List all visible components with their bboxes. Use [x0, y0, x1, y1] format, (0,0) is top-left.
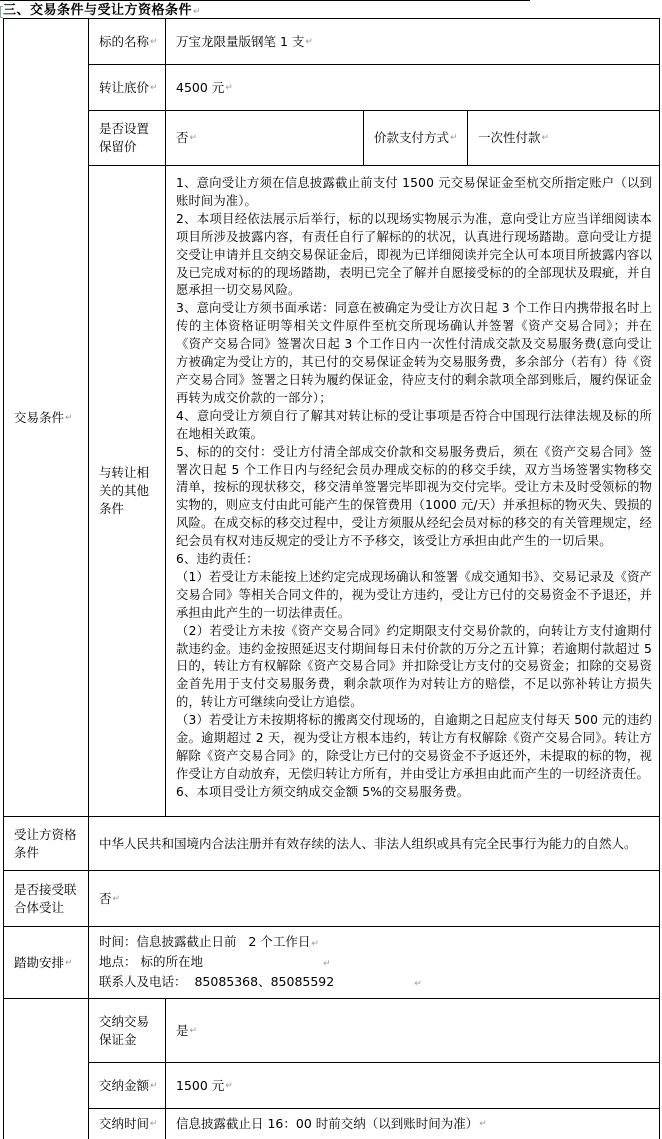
site-visit-details: 时间：信息披露截止日前 2 个工作日↵ 地点： 标的所在地↵ 联系人及电话： 8… [88, 926, 660, 998]
condition-paragraph: 4、意向受让方须自行了解其对转让标的受让事项是否符合中国现行法律法规及标的所在地… [176, 408, 652, 444]
deposit-required-label: 交纳交易保证金 [88, 998, 165, 1062]
consortium-value: 否↵ [88, 870, 660, 926]
paragraph-mark-icon: ↵ [193, 7, 201, 17]
qualification-label: 受让方资格条件 [3, 816, 88, 870]
consortium-label: 是否接受联合体受让 [3, 870, 88, 926]
site-visit-place: 地点： 标的所在地↵ [99, 953, 422, 973]
qualification-value: 中华人民共和国境内合法注册并有效存续的法人、非法人组织或具有完全民事行为能力的自… [88, 816, 660, 870]
site-visit-time: 时间：信息披露截止日前 2 个工作日↵ [99, 933, 422, 953]
reserve-price-value: 4500 元↵ [165, 64, 660, 110]
condition-paragraph: 3、意向受让方须书面承诺：同意在被确定为受让方次日起 3 个工作日内携带报名时上… [176, 300, 652, 407]
site-visit-contact: 联系人及电话： 85085368、85085592↵ [99, 973, 422, 993]
reserve-price-label: 转让底价↵ [88, 64, 165, 110]
deposit-time-value: 信息披露截止日 16：00 时前交纳（以到账时间为准）↵ [165, 1108, 660, 1139]
has-reserve-value: 否↵ [165, 110, 363, 165]
deposit-required-value: 是↵ [165, 998, 660, 1062]
site-visit-label: 踏勘安排↵ [3, 926, 88, 998]
condition-paragraph: （2）若受让方未按《资产交易合同》约定期限支付交易价款的，向转让方支付逾期付款违… [176, 623, 652, 713]
has-reserve-label: 是否设置保留价 [88, 110, 165, 165]
payment-method-value: 一次性付款↵ [467, 110, 660, 165]
other-conditions-label: 与转让相关的其他条件 [88, 165, 165, 816]
subject-name-label: 标的名称↵ [88, 18, 165, 64]
subject-name-value: 万宝龙限量版钢笔 1 支↵ [165, 18, 660, 64]
deposit-amount-value: 1500 元↵ [165, 1062, 660, 1108]
condition-paragraph: 5、标的的交付：受让方付清全部成交价款和交易服务费后，须在《资产交易合同》签署次… [176, 444, 652, 551]
trade-conditions-group-label: 交易条件↵ [3, 18, 88, 816]
condition-paragraph: （3）若受让方未按期将标的搬离交付现场的，自逾期之日起应支付每天 500 元的违… [176, 712, 652, 784]
payment-method-label: 价款支付方式↵ [363, 110, 467, 165]
deposit-group-label [3, 998, 88, 1139]
condition-paragraph: （1）若受让方未能按上述约定完成现场确认和签署《成交通知书》、交易记录及《资产交… [176, 569, 652, 623]
condition-paragraph: 6、违约责任： [176, 551, 652, 569]
condition-paragraph: 6、本项目受让方须交纳成交金额 5%的交易服务费。 [176, 784, 652, 802]
condition-paragraph: 2、本项目经依法展示后举行，标的以现场实物展示为准，意向受让方应当详细阅读本项目… [176, 211, 652, 301]
condition-paragraph: 1、意向受让方须在信息披露截止前支付 1500 元交易保证金至杭交所指定账户（以… [176, 175, 652, 211]
header-rule [0, 0, 530, 1]
deposit-amount-label: 交纳金额↵ [88, 1062, 165, 1108]
deposit-time-label: 交纳时间↵ [88, 1108, 165, 1139]
other-conditions-text: 1、意向受让方须在信息披露截止前支付 1500 元交易保证金至杭交所指定账户（以… [165, 165, 660, 816]
